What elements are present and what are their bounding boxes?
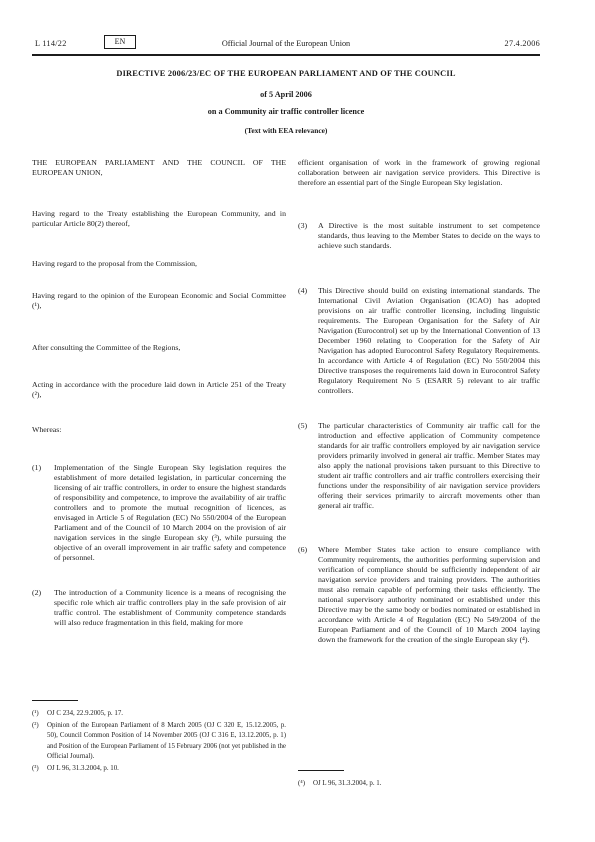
title-block: DIRECTIVE 2006/23/EC OF THE EUROPEAN PAR… bbox=[32, 69, 540, 135]
footnote-separator bbox=[298, 770, 344, 771]
citation-commission-proposal: Having regard to the proposal from the C… bbox=[32, 259, 286, 269]
right-column: efficient organisation of work in the fr… bbox=[298, 158, 540, 645]
footnote-marker: (⁴) bbox=[298, 779, 313, 790]
recital-4: (4) This Directive should build on exist… bbox=[298, 286, 540, 396]
footnote-separator bbox=[32, 700, 78, 701]
recital-text: Where Member States take action to ensur… bbox=[318, 545, 540, 645]
footnote-1: (¹) OJ C 234, 22.9.2005, p. 17. bbox=[32, 709, 286, 720]
recital-text: The introduction of a Community licence … bbox=[54, 588, 286, 628]
footnote-marker: (²) bbox=[32, 721, 47, 763]
footnote-marker: (³) bbox=[32, 764, 47, 775]
citation-eesc-opinion: Having regard to the opinion of the Euro… bbox=[32, 291, 286, 311]
footnotes-right: (⁴) OJ L 96, 31.3.2004, p. 1. bbox=[298, 770, 540, 791]
recital-number: (3) bbox=[298, 221, 318, 251]
directive-subject: on a Community air traffic controller li… bbox=[32, 107, 540, 116]
recital-5: (5) The particular characteristics of Co… bbox=[298, 421, 540, 511]
directive-date: of 5 April 2006 bbox=[32, 90, 540, 99]
recital-2-continuation: efficient organisation of work in the fr… bbox=[298, 158, 540, 188]
recital-number: (6) bbox=[298, 545, 318, 645]
directive-title: DIRECTIVE 2006/23/EC OF THE EUROPEAN PAR… bbox=[32, 69, 540, 78]
preamble-intro: THE EUROPEAN PARLIAMENT AND THE COUNCIL … bbox=[32, 158, 286, 178]
footnote-text: OJ C 234, 22.9.2005, p. 17. bbox=[47, 709, 286, 720]
journal-title: Official Journal of the European Union bbox=[32, 39, 540, 48]
citation-procedure: Acting in accordance with the procedure … bbox=[32, 380, 286, 400]
recital-6: (6) Where Member States take action to e… bbox=[298, 545, 540, 645]
citation-treaty: Having regard to the Treaty establishing… bbox=[32, 209, 286, 229]
header-rule bbox=[32, 54, 540, 56]
recital-number: (5) bbox=[298, 421, 318, 511]
recital-number: (2) bbox=[32, 588, 54, 628]
recital-2: (2) The introduction of a Community lice… bbox=[32, 588, 286, 628]
document-page: L 114/22 EN Official Journal of the Euro… bbox=[0, 0, 595, 842]
recital-text: The particular characteristics of Commun… bbox=[318, 421, 540, 511]
recital-number: (1) bbox=[32, 463, 54, 563]
footnote-text: OJ L 96, 31.3.2004, p. 10. bbox=[47, 764, 286, 775]
recital-3: (3) A Directive is the most suitable ins… bbox=[298, 221, 540, 251]
citation-committee-of-regions: After consulting the Committee of the Re… bbox=[32, 343, 286, 353]
footnote-4: (⁴) OJ L 96, 31.3.2004, p. 1. bbox=[298, 779, 540, 790]
recital-1: (1) Implementation of the Single Europea… bbox=[32, 463, 286, 563]
footnote-text: Opinion of the European Parliament of 8 … bbox=[47, 721, 286, 763]
recital-text: Implementation of the Single European Sk… bbox=[54, 463, 286, 563]
footnote-3: (³) OJ L 96, 31.3.2004, p. 10. bbox=[32, 764, 286, 775]
journal-date: 27.4.2006 bbox=[505, 39, 540, 48]
footnote-marker: (¹) bbox=[32, 709, 47, 720]
recital-text: A Directive is the most suitable instrum… bbox=[318, 221, 540, 251]
recital-number: (4) bbox=[298, 286, 318, 396]
left-column: THE EUROPEAN PARLIAMENT AND THE COUNCIL … bbox=[32, 158, 286, 628]
whereas-label: Whereas: bbox=[32, 425, 286, 435]
eea-relevance-note: (Text with EEA relevance) bbox=[32, 126, 540, 135]
footnote-2: (²) Opinion of the European Parliament o… bbox=[32, 721, 286, 763]
footnotes-left: (¹) OJ C 234, 22.9.2005, p. 17. (²) Opin… bbox=[32, 700, 286, 775]
footnote-text: OJ L 96, 31.3.2004, p. 1. bbox=[313, 779, 540, 790]
recital-text: This Directive should build on existing … bbox=[318, 286, 540, 396]
